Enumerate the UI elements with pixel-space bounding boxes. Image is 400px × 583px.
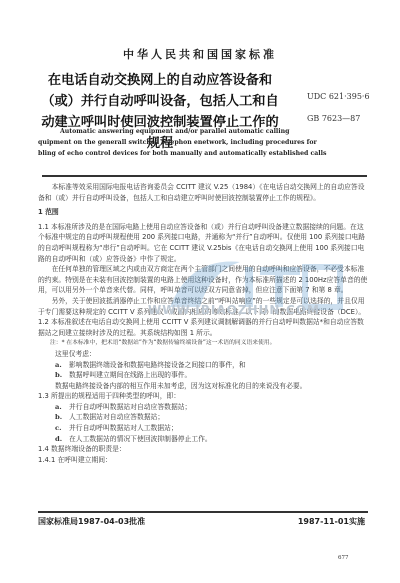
list-item: a.并行自动呼叫数据站对自动应答数据站； (38, 402, 368, 413)
consider-tail: 数据电路终接设备内部的相互作用未加考虑，因为这对标准化的目的来说没有必要。 (38, 381, 368, 392)
list-item: d.在人工数据站的情况下使回波抑制器停止工作。 (38, 434, 368, 445)
list-item: b.人工数据站对自动应答数据站； (38, 412, 368, 423)
page-number: 677 (338, 555, 349, 561)
english-title-line: Automatic answering equipment and/or par… (38, 126, 308, 137)
footer-rule (38, 511, 368, 513)
intro-paragraph: 本标准等效采用国际电报电话咨询委员会 CCITT 建议 V.25（1984）《在… (38, 182, 368, 203)
clause-1-1-paragraph-2: 在任何单独的管理区域之内或由双方商定在两个主管部门之间使用的自动呼叫和应答设备，… (38, 264, 368, 296)
udc-code: UDC 621·395·6 (307, 92, 370, 101)
effective-date: 1987-11-01实施 (290, 516, 365, 527)
list-item: a.影响数据终端设备和数据电路终接设备之间接口的事件，和 (38, 360, 368, 371)
clause-1-4-1: 1.4.1 在呼叫建立期间： (38, 455, 368, 466)
english-title: Automatic answering equipment and/or par… (38, 126, 308, 159)
english-title-line: bling of echo control devices for both m… (38, 148, 308, 159)
gb-number: GB 7623—87 (307, 114, 360, 123)
list-item: c.并行自动呼叫数据站对人工数据站； (38, 423, 368, 434)
section-heading: 1 范围 (38, 207, 368, 218)
title-line: 在电话自动交换网上的自动应答设备和 (40, 70, 280, 91)
header-rule (42, 175, 367, 177)
watermark-text: WWW.IBIAOZHUN.COM (148, 303, 348, 317)
clause-1-2: 1.2 本标准叙述在电话自动交换网上使用 CCITT V 系列建议调制解调器的并… (38, 317, 368, 338)
english-title-line: quipment on the generall switched teleph… (38, 137, 308, 148)
clause-1-3: 1.3 所提出的规程适用于四种类型的呼叫，即： (38, 391, 368, 402)
consider-intro: 这里仅考虑： (38, 349, 368, 360)
footnote: 注：* 在本标准中，把术语“数据站”作为“数据传输终端设备”这一术语的同义语来使… (38, 338, 368, 349)
clause-1-4: 1.4 数据终端设备的职责是： (38, 444, 368, 455)
document-body: 本标准等效采用国际电报电话咨询委员会 CCITT 建议 V.25（1984）《在… (38, 182, 368, 465)
clause-1-1: 1.1 本标准所涉及的是在国际电路上使用自动应答设备和（或）并行自动呼叫设备建立… (38, 222, 368, 264)
standard-name: 中华人民共和国国家标准 (0, 46, 400, 62)
title-line: （或）并行自动呼叫设备，包括人工和自 (40, 91, 280, 112)
approval-date: 国家标准局1987-04-03批准 (38, 516, 145, 527)
list-item: b.数据呼叫建立期间在线路上出现的事件。 (38, 370, 368, 381)
